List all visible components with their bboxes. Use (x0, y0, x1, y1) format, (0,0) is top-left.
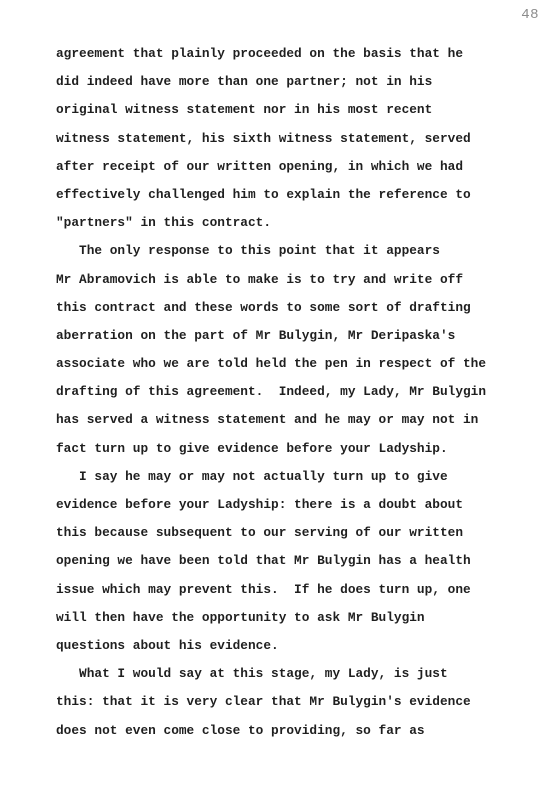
transcript-line: this: that it is very clear that Mr Buly… (56, 688, 538, 716)
transcript-line: aberration on the part of Mr Bulygin, Mr… (56, 322, 538, 350)
transcript-line: does not even come close to providing, s… (56, 717, 538, 745)
transcript-line: issue which may prevent this. If he does… (56, 576, 538, 604)
transcript-line: drafting of this agreement. Indeed, my L… (56, 378, 538, 406)
transcript-line: What I would say at this stage, my Lady,… (56, 660, 538, 688)
transcript-line: will then have the opportunity to ask Mr… (56, 604, 538, 632)
transcript-body: agreement that plainly proceeded on the … (56, 40, 538, 745)
transcript-line: evidence before your Ladyship: there is … (56, 491, 538, 519)
transcript-line: The only response to this point that it … (56, 237, 538, 265)
transcript-line: witness statement, his sixth witness sta… (56, 125, 538, 153)
transcript-line: did indeed have more than one partner; n… (56, 68, 538, 96)
transcript-line: Mr Abramovich is able to make is to try … (56, 266, 538, 294)
transcript-line: associate who we are told held the pen i… (56, 350, 538, 378)
transcript-line: this because subsequent to our serving o… (56, 519, 538, 547)
transcript-line: effectively challenged him to explain th… (56, 181, 538, 209)
transcript-line: has served a witness statement and he ma… (56, 406, 538, 434)
transcript-line: this contract and these words to some so… (56, 294, 538, 322)
transcript-line: fact turn up to give evidence before you… (56, 435, 538, 463)
transcript-line: after receipt of our written opening, in… (56, 153, 538, 181)
transcript-page: 48 agreement that plainly proceeded on t… (0, 0, 558, 789)
transcript-line: "partners" in this contract. (56, 209, 538, 237)
page-number: 48 (521, 7, 539, 23)
transcript-line: original witness statement nor in his mo… (56, 96, 538, 124)
transcript-line: I say he may or may not actually turn up… (56, 463, 538, 491)
transcript-line: questions about his evidence. (56, 632, 538, 660)
transcript-line: agreement that plainly proceeded on the … (56, 40, 538, 68)
transcript-line: opening we have been told that Mr Bulygi… (56, 547, 538, 575)
